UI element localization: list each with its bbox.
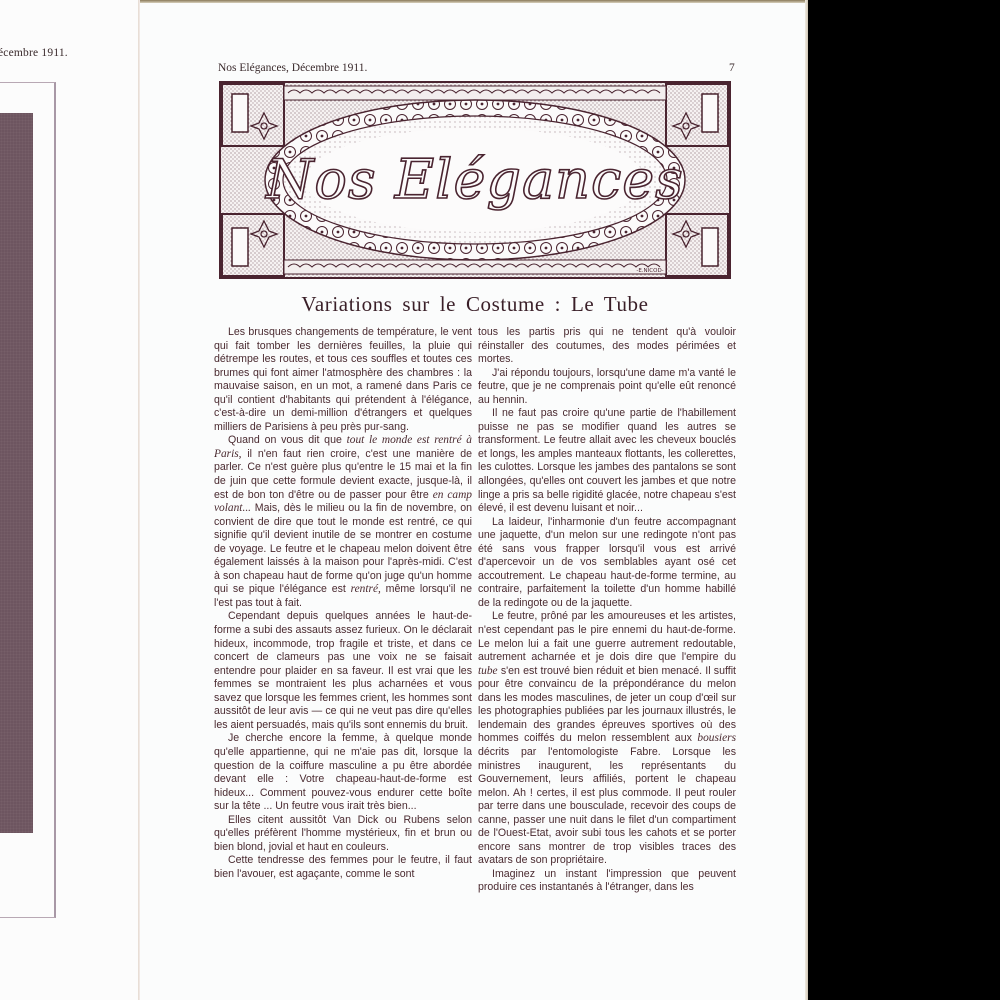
- svg-text:Nos Elégances: Nos Elégances: [264, 148, 684, 211]
- paragraph: J'ai répondu toujours, lorsqu'une dame m…: [478, 367, 736, 408]
- paragraph: tous les partis pris qui ne tendent qu'à…: [478, 326, 736, 367]
- svg-text:-E.NICOD-: -E.NICOD-: [636, 268, 663, 274]
- paragraph: Le feutre, prôné par les amoureuses et l…: [478, 610, 736, 867]
- paragraph: Les brusques changements de température,…: [214, 326, 472, 434]
- text-column-2: tous les partis pris qui ne tendent qu'à…: [478, 326, 736, 895]
- paragraph: Cependant depuis quelques années le haut…: [214, 610, 472, 732]
- paragraph: Imaginez un instant l'impression que peu…: [478, 868, 736, 895]
- magazine-spread: écembre 1911. Nos Elégances, Décembre 19…: [0, 0, 808, 1000]
- paragraph: La laideur, l'inharmonie d'un feutre acc…: [478, 516, 736, 611]
- article-title: Variations sur le Costume : Le Tube: [218, 292, 732, 317]
- running-head: Nos Elégances, Décembre 1911.: [218, 62, 367, 74]
- paragraph: Cette tendresse des femmes pour le feutr…: [214, 854, 472, 881]
- left-page: écembre 1911.: [0, 0, 138, 1000]
- paragraph: Je cherche encore la femme, à quelque mo…: [214, 732, 472, 813]
- text-column-1: Les brusques changements de température,…: [214, 326, 472, 881]
- paragraph: Il ne faut pas croire qu'une partie de l…: [478, 407, 736, 515]
- left-running-head: écembre 1911.: [0, 47, 68, 59]
- page-right-edge: [805, 0, 808, 1000]
- page-number: 7: [729, 62, 735, 74]
- fashion-plate-image: [0, 113, 33, 833]
- right-page: Nos Elégances, Décembre 1911. 7: [140, 0, 808, 1000]
- paragraph: Quand on vous dit que tout le monde est …: [214, 434, 472, 610]
- paragraph: Elles citent aussitôt Van Dick ou Rubens…: [214, 814, 472, 855]
- masthead-illustration: Nos Elégances -E.NICOD-: [218, 80, 732, 280]
